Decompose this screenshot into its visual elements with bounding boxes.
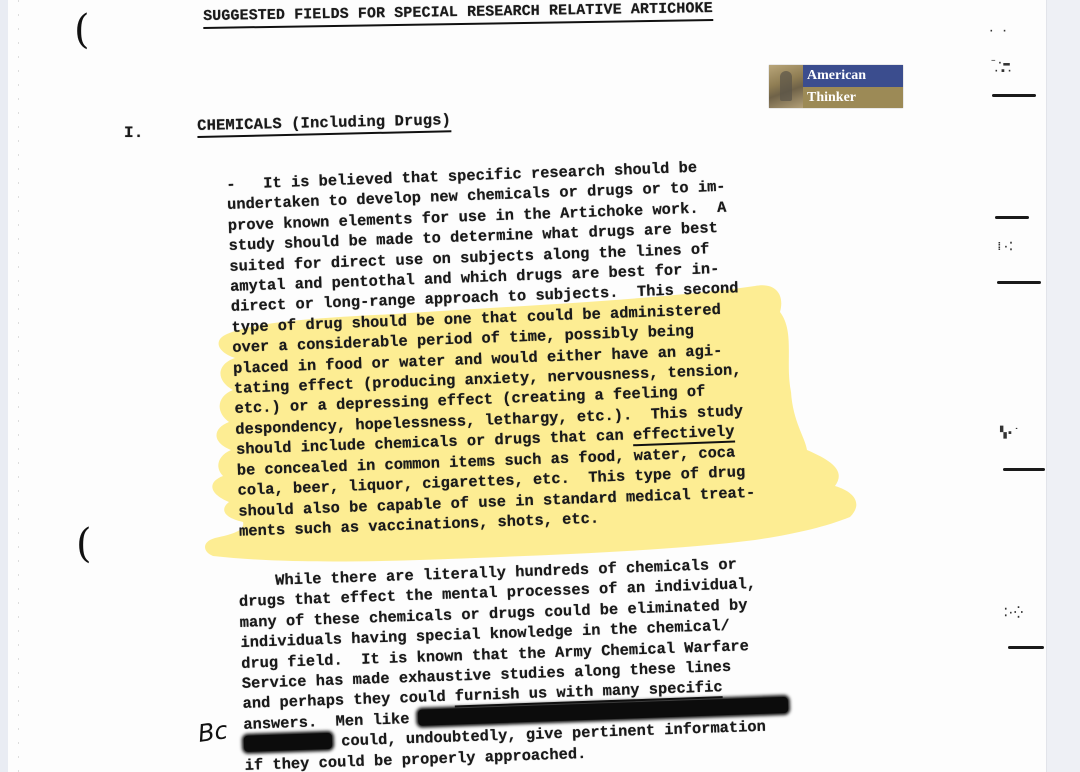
- paragraph-2: While there are literally hundreds of ch…: [238, 553, 790, 772]
- scan-speck: · ·: [988, 26, 1008, 38]
- scan-speck: ·▪·: [993, 66, 1013, 78]
- punch-hole-bracket-top: (: [74, 10, 90, 50]
- scan-speck: ⁞·⁚: [996, 240, 1013, 254]
- logo-line-1: American: [803, 65, 903, 87]
- scan-speck: ⁚·⁛: [1004, 606, 1023, 620]
- scan-speck: ▚▪˙: [1000, 426, 1020, 440]
- paragraph-1: - It is believed that specific research …: [226, 156, 756, 542]
- margin-mark: [1003, 468, 1045, 471]
- section-number: I.: [124, 124, 143, 142]
- logo-line-2: Thinker: [803, 87, 903, 109]
- margin-mark: [1008, 646, 1044, 649]
- margin-mark: [995, 216, 1029, 219]
- handwritten-note: Bc: [196, 716, 229, 748]
- scan-right-edge: [1046, 0, 1080, 772]
- punch-hole-bracket-bottom: (: [76, 524, 92, 564]
- scan-left-edge: [0, 0, 8, 772]
- redaction-bar: [244, 733, 333, 752]
- logo-statue-icon: [769, 65, 803, 108]
- margin-mark: [997, 281, 1041, 284]
- margin-mark: [992, 94, 1036, 97]
- american-thinker-logo: American Thinker: [769, 65, 903, 108]
- scan-dotted-margin: [18, 0, 19, 772]
